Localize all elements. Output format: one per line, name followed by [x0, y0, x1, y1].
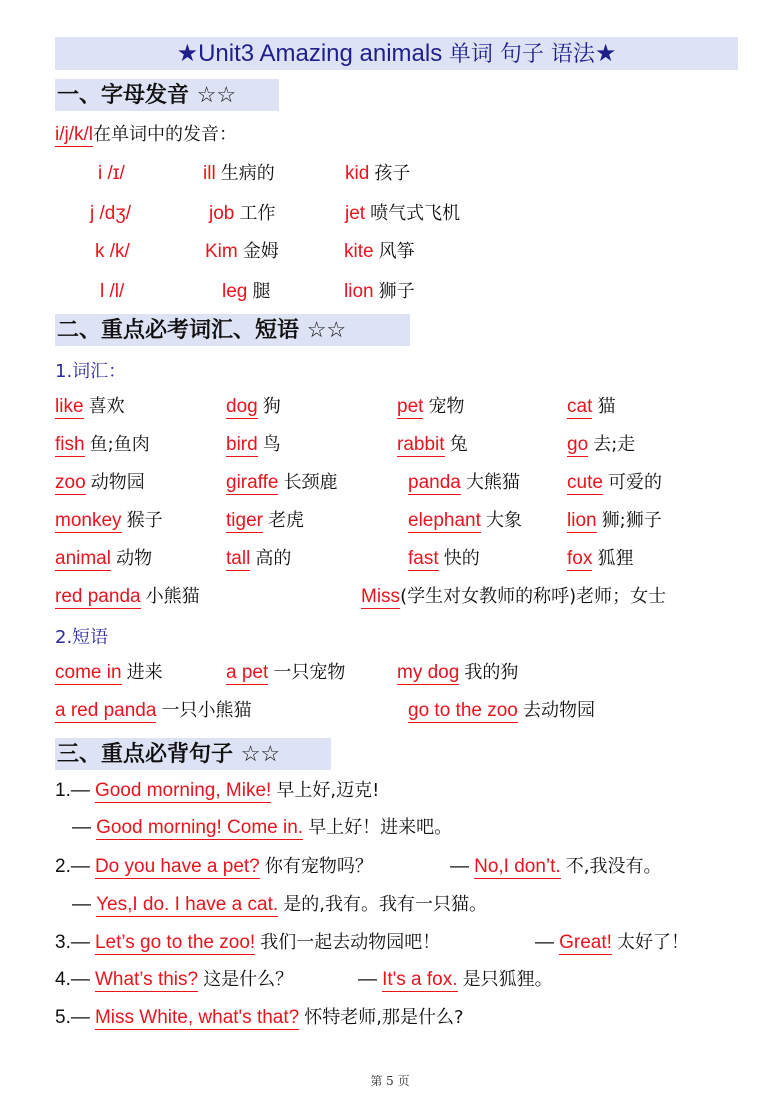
heading-text: 三、重点必背句子 — [57, 741, 233, 767]
vocab-item: rabbit 兔 — [397, 431, 468, 459]
meaning: 风筝 — [379, 241, 415, 262]
vocab-item: cat 猫 — [567, 393, 615, 421]
sentence-cn: 你有宠物吗？ — [265, 856, 373, 877]
vocab-label: 1.词汇： — [55, 358, 126, 386]
vocab-item: dog 狗 — [226, 393, 281, 421]
word: elephant — [408, 510, 481, 533]
meaning: 狮;狮子 — [602, 510, 662, 531]
word: kite — [344, 241, 374, 262]
sentence: 1.— Good morning, Mike! 早上好,迈克! — [55, 777, 379, 805]
sentence-reply: — Great! 太好了！ — [535, 929, 689, 957]
vocab-item: cute 可爱的 — [567, 469, 662, 497]
heading-text: 二、重点必考词汇、短语 — [57, 317, 299, 343]
sentence-cn: 早上好,迈克! — [276, 780, 379, 801]
word: red panda — [55, 586, 141, 609]
phonics-word: jet 喷气式飞机 — [345, 200, 460, 228]
meaning: 大象 — [486, 510, 522, 531]
sentence-cn: 早上好！进来吧。 — [308, 817, 452, 838]
sentence: 5.— Miss White, what's that? 怀特老师,那是什么? — [55, 1004, 464, 1032]
vocab-item: animal 动物 — [55, 545, 152, 573]
sentence-en: What’s this? — [95, 969, 198, 992]
word: cat — [567, 396, 592, 419]
phrase-item: go to the zoo 去动物园 — [408, 697, 595, 725]
phonics-row: l /l/ — [100, 278, 124, 306]
phonics-row: j /dʒ/ — [90, 200, 131, 228]
sentence-en: Do you have a pet? — [95, 856, 260, 879]
meaning: 猫 — [597, 396, 615, 417]
meaning: 去动物园 — [523, 700, 595, 721]
meaning: 大熊猫 — [466, 472, 520, 493]
star-icon: ★ — [177, 40, 199, 67]
page-number: 第 5 页 — [0, 1072, 780, 1089]
word: fox — [567, 548, 592, 571]
sentence: 2.— Do you have a pet? 你有宠物吗？ — [55, 853, 373, 881]
meaning: 喷气式飞机 — [370, 203, 460, 224]
letters: i/j/k/l — [55, 124, 93, 147]
word: job — [209, 203, 234, 224]
sentence-cn: 不,我没有。 — [566, 856, 662, 877]
stars-icon: ☆☆ — [241, 742, 280, 767]
meaning: 一只宠物 — [273, 662, 345, 683]
sentence-number: 3.— — [55, 932, 90, 953]
word: Miss — [361, 586, 400, 609]
meaning: 孩子 — [374, 163, 410, 184]
word: tiger — [226, 510, 263, 533]
meaning: 长颈鹿 — [284, 472, 338, 493]
meaning: (学生对女教师的称呼)老师；女士 — [400, 586, 666, 607]
phonics-word: kid 孩子 — [345, 160, 410, 188]
vocab-item: tiger 老虎 — [226, 507, 304, 535]
sentence-en: Let’s go to the zoo! — [95, 932, 255, 955]
meaning: 猴子 — [127, 510, 163, 531]
sentence-cn: 我们一起去动物园吧！ — [260, 932, 440, 953]
section-heading-1: 一、字母发音 ☆☆ — [55, 79, 279, 111]
vocab-item: fast 快的 — [408, 545, 480, 573]
vocab-item: like 喜欢 — [55, 393, 125, 421]
word: rabbit — [397, 434, 445, 457]
section-heading-3: 三、重点必背句子 ☆☆ — [55, 738, 331, 770]
section-heading-2: 二、重点必考词汇、短语 ☆☆ — [55, 314, 410, 346]
star-icon: ★ — [595, 40, 617, 67]
sentence-en: Yes,I do. I have a cat. — [96, 894, 278, 917]
word: Kim — [205, 241, 238, 262]
sentence: 4.— What’s this? 这是什么？ — [55, 966, 293, 994]
sentence-cn: 是的,我有。我有一只猫。 — [283, 894, 487, 915]
sentence-number: 5.— — [55, 1007, 90, 1028]
word: leg — [222, 281, 247, 302]
word: go — [567, 434, 588, 457]
phrase: a pet — [226, 662, 268, 685]
phrase-item: a red panda 一只小熊猫 — [55, 697, 252, 725]
phonics-word: lion 狮子 — [344, 278, 415, 306]
phonics-word: job 工作 — [209, 200, 275, 228]
phonics-word: Kim 金姆 — [205, 238, 279, 266]
meaning: 生病的 — [221, 163, 275, 184]
sentence-en: Good morning! Come in. — [96, 817, 303, 840]
vocab-item: fish 鱼;鱼肉 — [55, 431, 150, 459]
phonics-word: kite 风筝 — [344, 238, 415, 266]
vocab-item: elephant 大象 — [408, 507, 522, 535]
dash: — — [72, 894, 91, 915]
sound: i /ɪ/ — [98, 163, 125, 184]
meaning: 狐狸 — [597, 548, 633, 569]
phrase: go to the zoo — [408, 700, 518, 723]
vocab-item: fox 狐狸 — [567, 545, 633, 573]
sentence-cn: 这是什么？ — [203, 969, 293, 990]
phrase: a red panda — [55, 700, 156, 723]
sentence: — Yes,I do. I have a cat. 是的,我有。我有一只猫。 — [72, 891, 487, 919]
meaning: 我的狗 — [464, 662, 518, 683]
stars-icon: ☆☆ — [197, 83, 236, 108]
meaning: 宠物 — [429, 396, 465, 417]
word: lion — [344, 281, 374, 302]
phrase-item: my dog 我的狗 — [397, 659, 518, 687]
phonics-word: leg 腿 — [222, 278, 270, 306]
word: bird — [226, 434, 258, 457]
sentence-en: No,I don’t. — [474, 856, 561, 879]
phrase-item: a pet 一只宠物 — [226, 659, 345, 687]
sentence-reply: — It's a fox. 是只狐狸。 — [358, 966, 553, 994]
word: monkey — [55, 510, 122, 533]
stars-icon: ☆☆ — [307, 318, 346, 343]
dash: — — [450, 856, 469, 877]
meaning: 去;走 — [593, 434, 635, 455]
page-title: ★Unit3 Amazing animals 单词 句子 语法★ — [55, 37, 738, 70]
phrase-item: come in 进来 — [55, 659, 163, 687]
sentence: — Good morning! Come in. 早上好！进来吧。 — [72, 814, 452, 842]
meaning: 金姆 — [243, 241, 279, 262]
vocab-item: tall 高的 — [226, 545, 291, 573]
vocab-item: bird 鸟 — [226, 431, 281, 459]
sentence-cn: 怀特老师,那是什么? — [304, 1007, 463, 1028]
vocab-item: go 去;走 — [567, 431, 635, 459]
word: cute — [567, 472, 603, 495]
meaning: 工作 — [239, 203, 275, 224]
word: like — [55, 396, 84, 419]
meaning: 兔 — [450, 434, 468, 455]
phonics-word: ill 生病的 — [203, 160, 275, 188]
meaning: 狗 — [263, 396, 281, 417]
sentence-en: Good morning, Mike! — [95, 780, 271, 803]
sentence-reply: — No,I don’t. 不,我没有。 — [450, 853, 662, 881]
sentence-number: 1.— — [55, 780, 90, 801]
dash: — — [72, 817, 91, 838]
meaning: 鸟 — [263, 434, 281, 455]
sentence-en: It's a fox. — [382, 969, 457, 992]
sentence: 3.— Let’s go to the zoo! 我们一起去动物园吧！ — [55, 929, 440, 957]
title-text: Unit3 Amazing animals — [198, 40, 442, 67]
vocab-item: zoo 动物园 — [55, 469, 145, 497]
meaning: 老虎 — [268, 510, 304, 531]
sentence-cn: 太好了！ — [617, 932, 689, 953]
word: ill — [203, 163, 216, 184]
intro-text: 在单词中的发音： — [93, 124, 237, 145]
meaning: 一只小熊猫 — [162, 700, 252, 721]
vocab-item: red panda 小熊猫 — [55, 583, 200, 611]
word: giraffe — [226, 472, 278, 495]
meaning: 小熊猫 — [146, 586, 200, 607]
word: fast — [408, 548, 439, 571]
sentence-en: Great! — [559, 932, 612, 955]
meaning: 可爱的 — [608, 472, 662, 493]
phonics-row: i /ɪ/ — [98, 160, 125, 188]
sentence-number: 4.— — [55, 969, 90, 990]
vocab-item: lion 狮;狮子 — [567, 507, 662, 535]
word: fish — [55, 434, 85, 457]
word: tall — [226, 548, 250, 571]
word: kid — [345, 163, 369, 184]
meaning: 喜欢 — [89, 396, 125, 417]
word: jet — [345, 203, 365, 224]
sentence-cn: 是只狐狸。 — [463, 969, 553, 990]
meaning: 鱼;鱼肉 — [90, 434, 150, 455]
dash: — — [358, 969, 377, 990]
vocab-item: pet 宠物 — [397, 393, 465, 421]
sentence-en: Miss White, what's that? — [95, 1007, 299, 1030]
phrase-label: 2.短语 — [55, 624, 108, 652]
dash: — — [535, 932, 554, 953]
vocab-item: monkey 猴子 — [55, 507, 163, 535]
phrase: come in — [55, 662, 122, 685]
heading-text: 一、字母发音 — [57, 82, 189, 108]
phonics-row: k /k/ — [95, 238, 130, 266]
meaning: 狮子 — [379, 281, 415, 302]
intro-line: i/j/k/l在单词中的发音： — [55, 121, 237, 149]
word: animal — [55, 548, 111, 571]
sound: j /dʒ/ — [90, 203, 131, 224]
word: zoo — [55, 472, 86, 495]
meaning: 动物园 — [91, 472, 145, 493]
meaning: 高的 — [255, 548, 291, 569]
title-cn: 单词 句子 语法 — [449, 42, 595, 67]
word: pet — [397, 396, 423, 419]
vocab-item: panda 大熊猫 — [408, 469, 520, 497]
word: panda — [408, 472, 461, 495]
word: lion — [567, 510, 597, 533]
phrase: my dog — [397, 662, 459, 685]
word: dog — [226, 396, 258, 419]
meaning: 快的 — [444, 548, 480, 569]
vocab-item: Miss(学生对女教师的称呼)老师；女士 — [361, 583, 666, 611]
sound: k /k/ — [95, 241, 130, 262]
sentence-number: 2.— — [55, 856, 90, 877]
meaning: 进来 — [127, 662, 163, 683]
meaning: 动物 — [116, 548, 152, 569]
meaning: 腿 — [252, 281, 270, 302]
sound: l /l/ — [100, 281, 124, 302]
vocab-item: giraffe 长颈鹿 — [226, 469, 338, 497]
